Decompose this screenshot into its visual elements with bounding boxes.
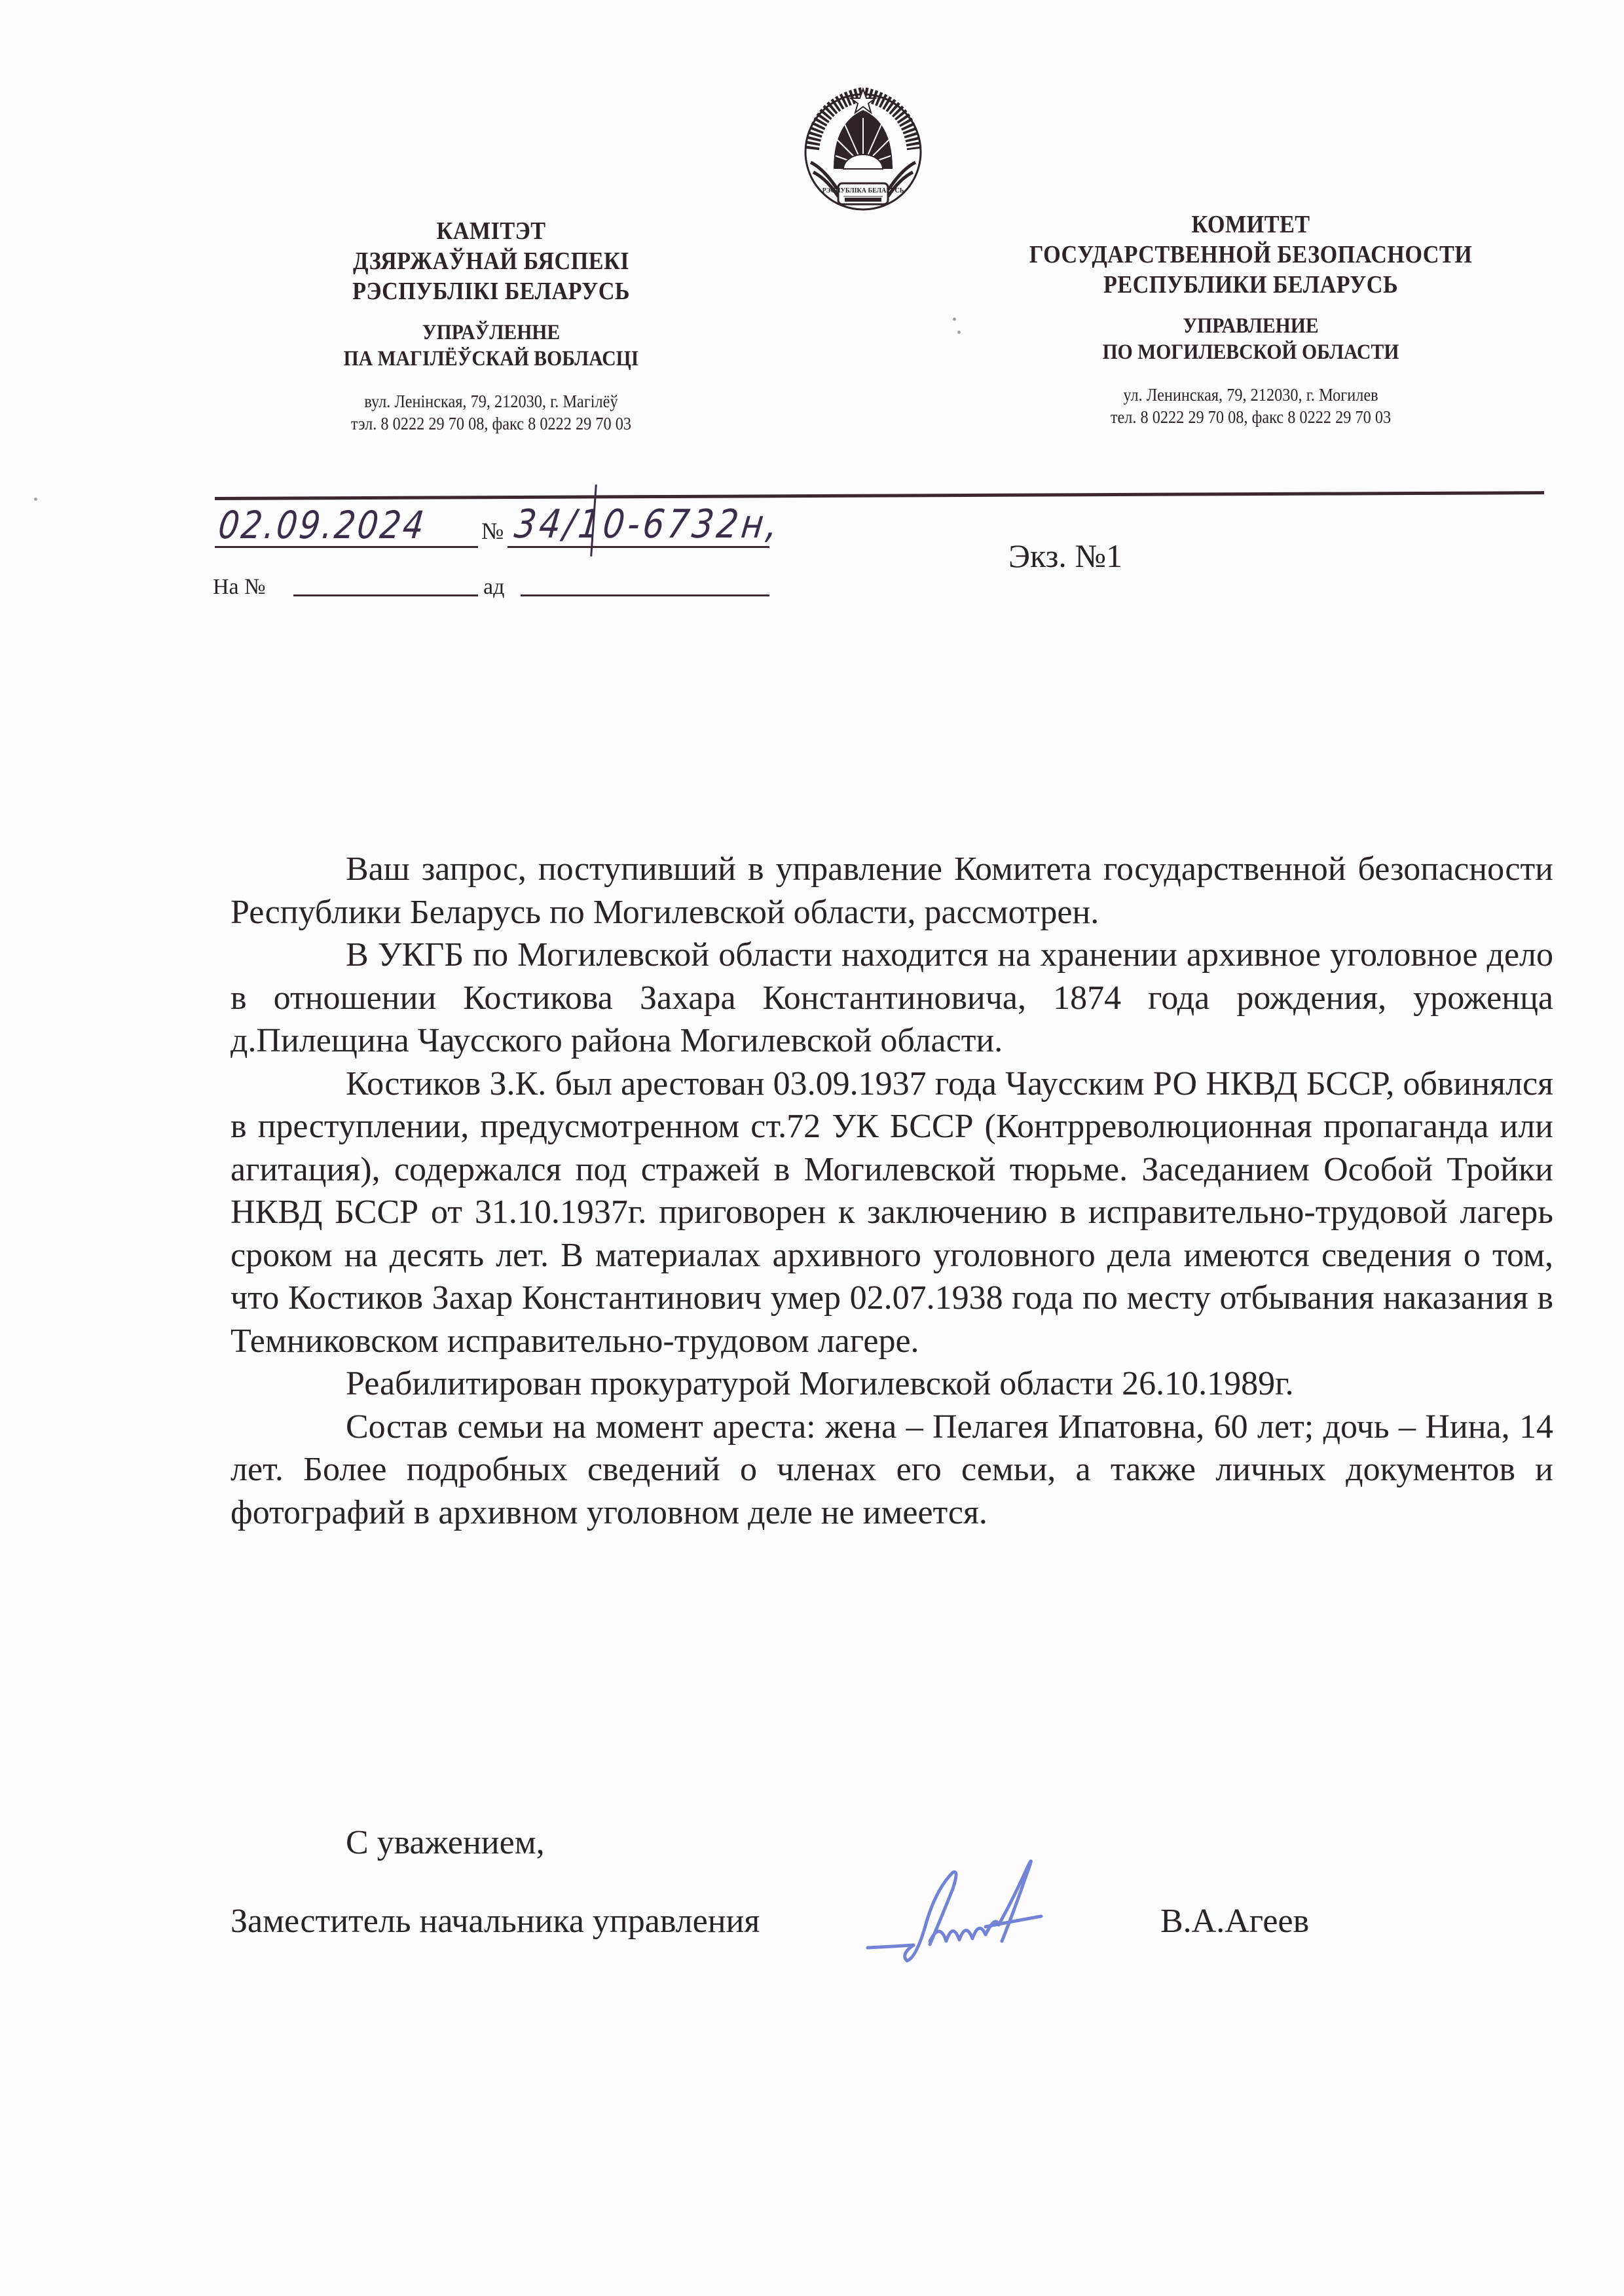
letter-body: Ваш запрос, поступивший в управление Ком…: [231, 848, 1553, 1534]
letterhead-divider: [215, 491, 1544, 500]
contacts-line: тел. 8 0222 29 70 08, факс 8 0222 29 70 …: [986, 406, 1516, 428]
handwritten-signature-icon: [855, 1843, 1103, 1974]
org-name-block: КОМИТЕТ ГОСУДАРСТВЕННОЙ БЕЗОПАСНОСТИ РЕС…: [956, 210, 1545, 300]
scan-speck: [957, 331, 961, 334]
salutation: С уважением,: [346, 1823, 545, 1862]
copy-number: Экз. №1: [1008, 537, 1122, 575]
body-paragraph: Костиков З.К. был арестован 03.09.1937 г…: [231, 1063, 1553, 1363]
division-name-line: ПО МОГИЛЕВСКОЙ ОБЛАСТИ: [986, 339, 1516, 365]
address-block: ул. Ленинская, 79, 212030, г. Могилев те…: [956, 384, 1545, 428]
division-name-block: УПРАВЛЕНИЕ ПО МОГИЛЕВСКОЙ ОБЛАСТИ: [956, 313, 1545, 365]
org-name-line: ДЗЯРЖАЎНАЙ БЯСПЕКІ: [285, 246, 697, 276]
outgoing-date: 02.09.2024: [216, 503, 428, 547]
scan-speck: [953, 318, 956, 321]
org-name-line: ГОСУДАРСТВЕННОЙ БЕЗОПАСНОСТИ: [986, 240, 1516, 270]
from-date-label: ад: [483, 575, 504, 600]
svg-text:РЭСПУБЛІКА БЕЛАРУСЬ: РЭСПУБЛІКА БЕЛАРУСЬ: [822, 187, 904, 194]
division-name-line: ПА МАГІЛЁЎСКАЙ ВОБЛАСЦІ: [285, 346, 697, 372]
body-paragraph: В УКГБ по Могилевской области находится …: [231, 934, 1553, 1063]
address-line: ул. Ленинская, 79, 212030, г. Могилев: [986, 384, 1516, 406]
reply-to-label: На №: [213, 575, 266, 600]
division-name-line: УПРАЎЛЕННЕ: [285, 319, 697, 346]
body-paragraph: Реабилитирован прокуратурой Могилевской …: [231, 1362, 1553, 1406]
body-paragraph: Состав семьи на момент ареста: жена – Пе…: [231, 1406, 1553, 1535]
division-name-block: УПРАЎЛЕННЕ ПА МАГІЛЁЎСКАЙ ВОБЛАСЦІ: [262, 319, 720, 372]
letterhead-belarusian: КАМІТЭТ ДЗЯРЖАЎНАЙ БЯСПЕКІ РЭСПУБЛІКІ БЕ…: [262, 216, 720, 435]
body-paragraph: Ваш запрос, поступивший в управление Ком…: [231, 848, 1553, 934]
from-date-field: [521, 594, 769, 596]
number-underline: [507, 546, 769, 548]
letter-page: РЭСПУБЛІКА БЕЛАРУСЬ КАМІТЭТ ДЗЯРЖАЎНАЙ Б…: [0, 0, 1624, 2296]
org-name-block: КАМІТЭТ ДЗЯРЖАЎНАЙ БЯСПЕКІ РЭСПУБЛІКІ БЕ…: [262, 216, 720, 306]
outgoing-number: 34/10-6732н,: [512, 501, 783, 547]
org-name-line: РЕСПУБЛИКИ БЕЛАРУСЬ: [986, 270, 1516, 300]
reply-to-field: [293, 594, 478, 596]
address-line: вул. Ленінская, 79, 212030, г. Магілёў: [285, 390, 697, 412]
org-name-line: КОМИТЕТ: [986, 210, 1516, 240]
belarus-coat-of-arms-icon: РЭСПУБЛІКА БЕЛАРУСЬ: [798, 84, 929, 215]
division-name-line: УПРАВЛЕНИЕ: [986, 313, 1516, 339]
date-underline: [215, 546, 478, 548]
signer-title: Заместитель начальника управления: [231, 1902, 760, 1941]
scan-speck: [34, 498, 37, 501]
signer-name: В.А.Агеев: [1160, 1902, 1309, 1941]
letterhead-russian: КОМИТЕТ ГОСУДАРСТВЕННОЙ БЕЗОПАСНОСТИ РЕС…: [956, 210, 1545, 428]
number-sign: №: [481, 517, 504, 545]
org-name-line: РЭСПУБЛІКІ БЕЛАРУСЬ: [285, 276, 697, 306]
contacts-line: тэл. 8 0222 29 70 08, факс 8 0222 29 70 …: [285, 412, 697, 435]
address-block: вул. Ленінская, 79, 212030, г. Магілёў т…: [262, 390, 720, 435]
org-name-line: КАМІТЭТ: [285, 216, 697, 246]
